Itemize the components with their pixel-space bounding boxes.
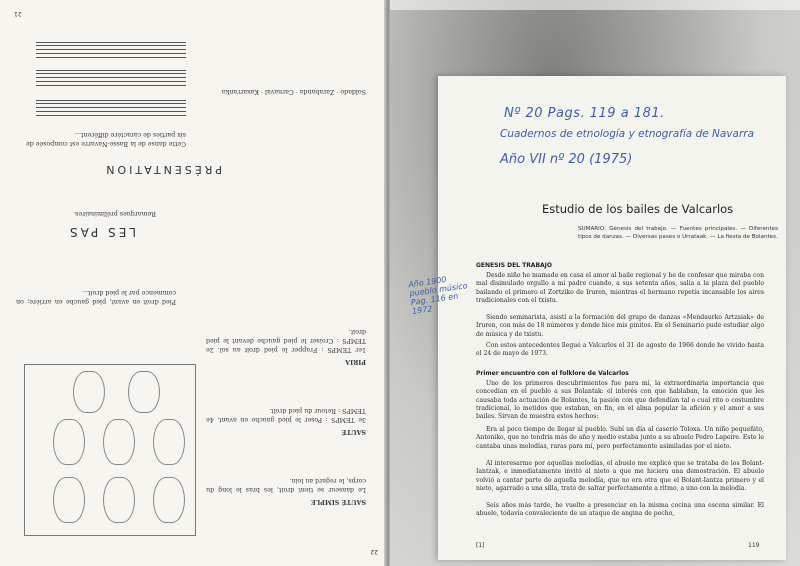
paragraph-encuentro-4: Seis años más tarde, he vuelto a presenc… [476,502,764,519]
handwritten-margin-note: Año 1900 pueblo músico Pag. 116 en 1972 [408,272,472,316]
music-staff-2 [36,42,186,58]
les-pas-text: Pied droit en avant, pied gauche en arri… [16,288,176,306]
top-tape-edge [390,0,800,10]
intro-line: Remarques préliminaires. [16,209,156,218]
handwritten-note-line-1: Nº 20 Pags. 119 a 181. [504,106,665,121]
saute-text: 3e TEMPS : Poser le pied gauche en avant… [206,406,366,424]
handwritten-note-line-3: Año VII nº 20 (1975) [500,152,632,167]
footprint-shape [53,477,85,523]
handwritten-note-line-2: Cuadernos de etnología y etnografía de N… [500,128,754,140]
article-summary: SUMARIO: Génesis del trabajo. — Fuentes … [578,226,778,241]
music-label-zarabanda: Zarabanda [300,88,335,95]
music-staff-3 [36,100,186,116]
scanned-spread: 22 21 PRÉSENTATION Cette danse de la Bas… [0,0,800,566]
page-number: 119 [748,542,759,549]
figure-label-saute-simple: SAUTÉ SIMPLE [206,497,366,506]
music-label-carnaval: Carnaval [265,88,294,95]
heading-presentation: PRÉSENTATION [103,165,222,174]
left-page: 22 21 PRÉSENTATION Cette danse de la Bas… [0,0,386,566]
figure-label-piria: PIRIA [206,357,366,366]
footprint-shape [153,477,185,523]
saute-simple-text: Le danseur se tient droit, les bras le l… [206,476,366,494]
footprint-shape [103,419,135,465]
footprint-shape [53,419,85,465]
paragraph-genesis-2: Siendo seminarista, asistí a la formació… [476,314,764,339]
paragraph-encuentro-2: Era al poco tiempo de llegar al pueblo. … [476,426,764,451]
paragraph-encuentro-1: Uno de los primeros descubrimientos fue … [476,380,764,421]
right-page: Nº 20 Pags. 119 a 181. Cuadernos de etno… [390,0,800,566]
heading-les-pas: LES PAS [67,227,136,236]
footstep-diagram [24,364,196,536]
footer-bracket-number: [1] [476,542,485,549]
footprint-shape [128,371,160,413]
music-labels-block: Soldado · Zarabanda · Carnaval · Kaxarra… [216,87,366,96]
piria-text: 1er TEMPS : Frapper le pied droit au sol… [206,327,366,354]
left-page-number-top: 22 [370,547,378,556]
footprint-shape [103,477,135,523]
left-page-rotated-content: 22 21 PRÉSENTATION Cette danse de la Bas… [0,0,386,566]
footprint-shape [73,371,105,413]
figure-label-saute: SAUTÉ [206,427,366,436]
left-page-number-bottom: 21 [14,9,22,18]
presentation-text: Cette danse de la Basse-Navarre est comp… [26,130,186,148]
article-title: Estudio de los bailes de Valcarlos [542,202,733,216]
paragraph-encuentro-3: Al interesarme por aquellas melodías, el… [476,460,764,493]
footprint-shape [153,419,185,465]
section-heading-genesis: GENESIS DEL TRABAJO [476,262,552,269]
paragraph-genesis-1: Desde niño he mamado en casa el amor al … [476,272,764,305]
section-heading-primer-encuentro: Primer encuentro con el folklore de Valc… [476,370,629,377]
paragraph-genesis-3: Con estos antecedentes llegué a Valcarlo… [476,342,764,359]
music-label-kaxarranka: Kaxarranka [222,88,259,95]
music-staff-1 [36,70,186,86]
article-sheet: Nº 20 Pags. 119 a 181. Cuadernos de etno… [438,76,786,560]
music-label-soldado: Soldado [340,88,366,95]
